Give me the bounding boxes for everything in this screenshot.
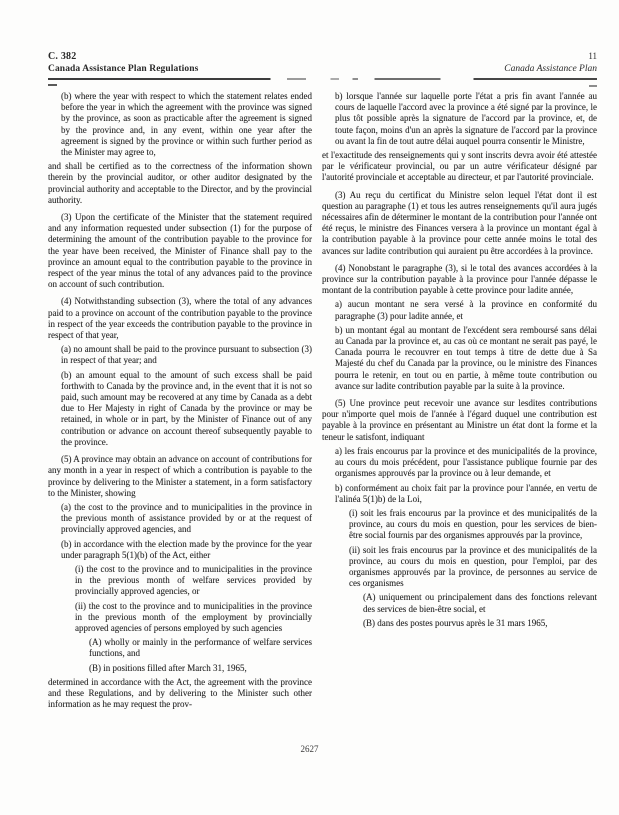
rule-tick-left [48, 84, 57, 86]
fr-clause-5a: a) les frais encourus par la province et… [335, 446, 597, 480]
running-head: C. 382 Canada Assistance Plan Regulation… [48, 50, 597, 76]
en-subclause-5b-i: (i) the cost to the province and to muni… [75, 564, 312, 598]
fr-closing-words: et l'exactitude des renseignements qui y… [322, 150, 597, 184]
two-column-body: (b) where the year with respect to which… [48, 91, 597, 710]
en-subsection-4: (4) Notwithstanding subsection (3), wher… [48, 296, 312, 341]
french-column: b) lorsque l'année sur laquelle porte l'… [322, 91, 597, 710]
fr-subsection-3: (3) Au reçu du certificat du Ministre se… [322, 190, 597, 257]
en-subsection-5: (5) A province may obtain an advance on … [48, 454, 312, 499]
en-clause-4a: (a) no amount shall be paid to the provi… [61, 344, 312, 366]
fr-subsection-5: (5) Une province peut recevoir une avanc… [322, 398, 597, 443]
fr-subclause-5b-i: (i) soit les frais encourus par la provi… [349, 508, 597, 542]
header-right: 11 Canada Assistance Plan [504, 50, 597, 76]
page-reference: 11 [504, 50, 597, 63]
en-subsection-3: (3) Upon the certificate of the Minister… [48, 212, 312, 290]
fr-subsection-4: (4) Nonobstant le paragraphe (3), si le … [322, 263, 597, 297]
en-subclause-5b-ii: (ii) the cost to the province and to mun… [75, 601, 312, 635]
fr-clause-4a: a) aucun montant ne sera versé à la prov… [335, 299, 597, 321]
fr-subclause-5b-ii: (ii) soit les frais encourus par la prov… [349, 545, 597, 590]
en-clause-b: (b) where the year with respect to which… [61, 91, 312, 158]
en-closing-paragraph: determined in accordance with the Act, t… [48, 677, 312, 711]
en-clause-5b: (b) in accordance with the election made… [61, 539, 312, 561]
en-closing-words: and shall be certified as to the correct… [48, 161, 312, 206]
doc-code: C. 382 [48, 50, 198, 63]
header-left: C. 382 Canada Assistance Plan Regulation… [48, 50, 198, 76]
en-item-B: (B) in positions filled after March 31, … [89, 663, 312, 674]
fr-clause-5b: b) conformément au choix fait par la pro… [335, 483, 597, 505]
en-item-A: (A) wholly or mainly in the performance … [89, 637, 312, 659]
document-page: C. 382 Canada Assistance Plan Regulation… [0, 0, 619, 815]
english-column: (b) where the year with respect to which… [48, 91, 312, 710]
fr-item-A: (A) uniquement ou principalement dans de… [363, 592, 597, 614]
doc-title-french: Canada Assistance Plan [504, 63, 597, 76]
page-number: 2627 [0, 744, 619, 754]
fr-item-B: (B) dans des postes pourvus après le 31 … [363, 618, 597, 629]
en-clause-5a: (a) the cost to the province and to muni… [61, 502, 312, 536]
rule-tick-right [589, 85, 597, 87]
en-clause-4b: (b) an amount equal to the amount of suc… [61, 370, 312, 448]
doc-title-english: Canada Assistance Plan Regulations [48, 63, 198, 76]
header-rule [48, 78, 597, 80]
fr-clause-b: b) lorsque l'année sur laquelle porte l'… [335, 91, 597, 147]
fr-clause-4b: b) un montant égal au montant de l'excéd… [335, 325, 597, 392]
